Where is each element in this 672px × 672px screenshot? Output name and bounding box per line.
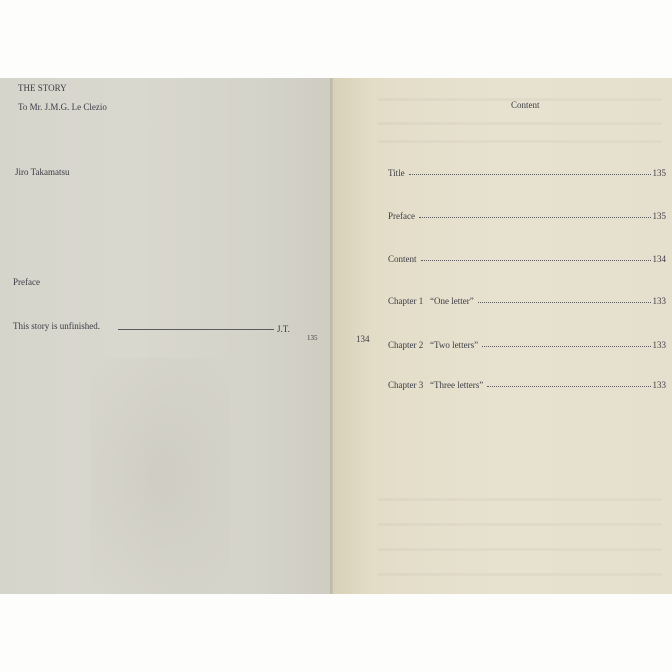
author-name: Jiro Takamatsu [15,167,69,177]
dot-leader [419,211,651,218]
toc-entry-content: Content 134 [388,254,666,264]
toc-label: Content [388,254,417,264]
toc-label: Chapter 1 “One letter” [388,296,474,306]
bleed-through-line [378,498,662,501]
toc-label: Preface [388,211,415,221]
bleed-through-line [378,140,662,143]
left-page: THE STORY To Mr. J.M.G. Le Clezio Jiro T… [0,78,330,594]
dot-leader [482,340,650,347]
dot-leader [421,254,651,261]
preface-text: This story is unfinished. [13,321,100,331]
toc-page: 133 [653,340,667,350]
toc-page: 135 [653,168,667,178]
dedication: To Mr. J.M.G. Le Clezio [18,102,107,112]
book-spread: THE STORY To Mr. J.M.G. Le Clezio Jiro T… [0,78,672,594]
toc-entry-preface: Preface 135 [388,211,666,221]
bleed-through-line [378,573,662,576]
toc-page: 133 [653,296,667,306]
left-page-number: 135 [307,334,318,342]
bleed-through-line [378,548,662,551]
dot-leader [478,296,651,303]
preface-signature: J.T. [277,324,290,334]
contents-heading: Content [511,100,540,110]
toc-label: Title [388,168,405,178]
toc-label: Chapter 2 “Two letters” [388,340,478,350]
preface-rule [118,329,274,330]
toc-entry-title: Title 135 [388,168,666,178]
toc-label: Chapter 3 “Three letters” [388,380,483,390]
right-page: 134 Content Title 135 Preface 135 Conten… [333,78,672,594]
toc-entry-chapter-2: Chapter 2 “Two letters” 133 [388,340,666,350]
dot-leader [409,168,651,175]
toc-page: 135 [653,211,667,221]
preface-heading: Preface [13,277,40,287]
book-title: THE STORY [18,83,67,93]
dot-leader [487,380,650,387]
toc-page: 134 [653,254,667,264]
bleed-through-line [378,523,662,526]
toc-entry-chapter-3: Chapter 3 “Three letters” 133 [388,380,666,390]
right-page-number: 134 [356,334,370,344]
toc-entry-chapter-1: Chapter 1 “One letter” 133 [388,296,666,306]
toc-page: 133 [653,380,667,390]
bleed-through-line [378,122,662,125]
